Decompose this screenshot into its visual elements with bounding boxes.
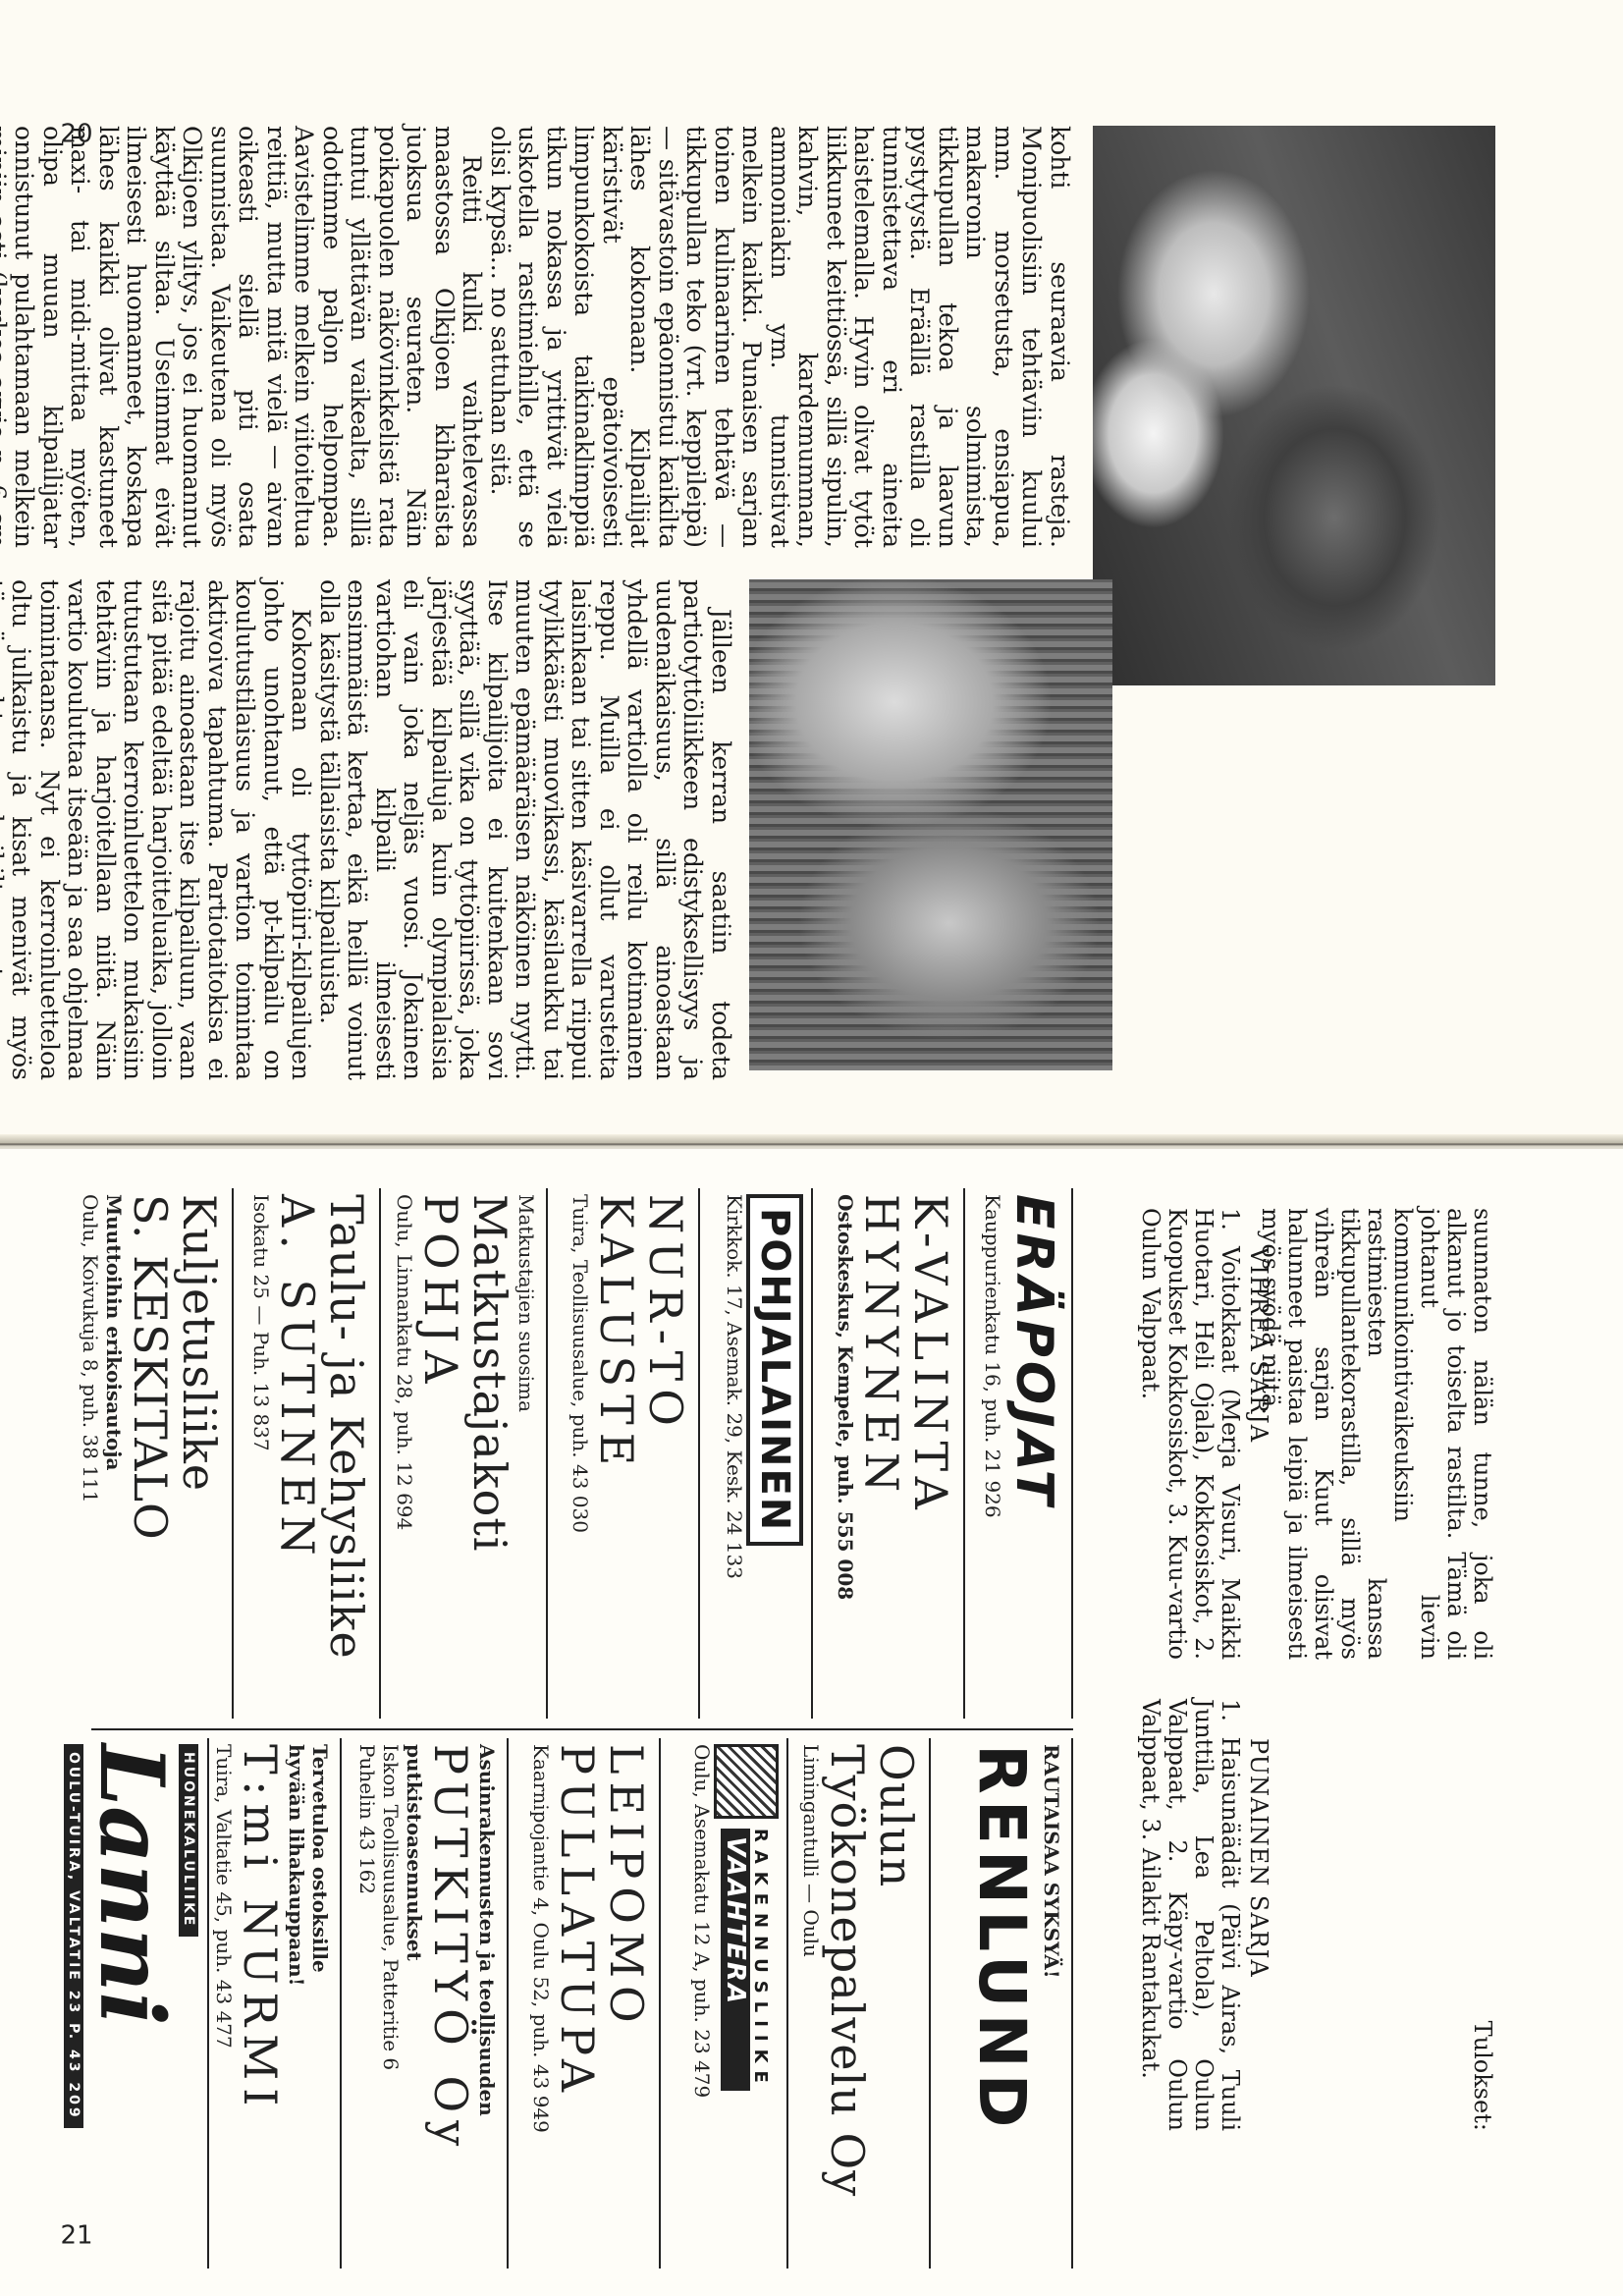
lanni-logo: Lanni (84, 1744, 179, 2263)
page-number-right: 21 (60, 2221, 92, 2251)
ad-nur-to: NUR-TO KALUSTE Tuira, Teollisuusalue, pu… (553, 1188, 700, 1719)
eraapojat-logo: ERÄPOJAT (1004, 1194, 1063, 1713)
ad-tyokonepalvelu: Oulun Työkonepalvelu Oy Limingantulli — … (793, 1738, 931, 2269)
renlund-logo: RENLUND (964, 1744, 1040, 2263)
building-icon (714, 1744, 779, 1819)
punainen-heading: PUNAINEN SARJA (1245, 1738, 1271, 2131)
paragraph: kohti seuraavia rasteja. Monipuolisiin t… (486, 126, 1074, 548)
punainen-results: 1. Haisunäädät (Päivi Airas, Tuuli Juntt… (1137, 1699, 1243, 2131)
ad-vaahtera: RAKENNUSLIIKE VAAHTERA Oulu, Asemakatu 1… (666, 1738, 788, 2269)
ads-column-left: ERÄPOJAT Kauppurienkatu 16, puh. 21 926 … (91, 1188, 1073, 1719)
ad-nurmi: Tervetuloa ostoksille hyvään lihakauppaa… (214, 1738, 342, 2269)
paragraph: Jälleen kerran saatiin todeta partiotytt… (315, 579, 735, 1080)
results-punainen: PUNAINEN SARJA 1. Haisunäädät (Päivi Air… (1137, 1699, 1289, 2131)
ad-sutinen: Taulu- ja Kehysliike A. SUTINEN Isokatu … (239, 1188, 381, 1719)
ad-keskitalo: Kuljetusliike S. KESKITALO Muuttoihin er… (86, 1188, 234, 1719)
results-label: Tulokset: (1469, 1699, 1495, 2131)
ad-putkityo: Asuinrakennusten ja teollisuuden PUTKITY… (347, 1738, 509, 2269)
ad-leipomo-pullatupa: LEIPOMO PULLATUPA Kaarnipojantie 4, Oulu… (514, 1738, 661, 2269)
paragraph: Reitti kulki vaihtelevassa maastossa Olk… (0, 126, 486, 548)
vihrea-heading: VIHREÄ SARJA (1245, 1247, 1271, 1660)
girls-with-backpacks-photo (749, 579, 1112, 1070)
results-block-left: suunnaton nälän tunne, joka oli alkanut … (1257, 1208, 1495, 1660)
page-number-left: 20 (60, 120, 92, 149)
ad-k-valinta: K-VALINTA HYNYNEN Ostoskeskus, Kempele, … (818, 1188, 965, 1719)
spread-landscape: kohti seuraavia rasteja. Monipuolisiin t… (0, 0, 1623, 2296)
page-20: kohti seuraavia rasteja. Monipuolisiin t… (0, 0, 1623, 1139)
ad-matkustajakoti: Matkustajien suosima Matkustajakoti POHJ… (386, 1188, 548, 1719)
page-21: suunnaton nälän tunne, joka oli alkanut … (0, 1149, 1623, 2296)
girls-at-campfire-photo (1093, 126, 1495, 685)
results-vihrea: VIHREÄ SARJA 1. Voitokkaat (Merja Visuri… (1137, 1208, 1289, 1660)
vihrea-results: 1. Voitokkaat (Merja Visuri, Maikki Huot… (1137, 1208, 1243, 1660)
pohjalainen-logo: POHJALAINEN (746, 1194, 803, 1546)
ad-divider (91, 1728, 1073, 1730)
article-continuation: suunnaton nälän tunne, joka oli alkanut … (1257, 1208, 1495, 1660)
article-column-2: Jälleen kerran saatiin todeta partiotytt… (0, 579, 734, 1080)
ad-renlund: RAUTAISAA SYKSYÄ! RENLUND (936, 1738, 1073, 2269)
results-block-right: Tulokset: (1469, 1699, 1495, 2131)
ad-eraapojat: ERÄPOJAT Kauppurienkatu 16, puh. 21 926 (970, 1188, 1073, 1719)
scanned-magazine-spread: kohti seuraavia rasteja. Monipuolisiin t… (0, 0, 1623, 2296)
article-column-1: kohti seuraavia rasteja. Monipuolisiin t… (0, 126, 1073, 548)
ad-lanni: HUONEKALULIIKE Lanni OULU-TUIRA, VALTATI… (72, 1738, 209, 2269)
ads-column-right: RAUTAISAA SYKSYÄ! RENLUND Oulun Työkonep… (91, 1738, 1073, 2269)
ad-pohjalainen: POHJALAINEN Kirkkok. 17, Asemak. 29, Kes… (705, 1188, 813, 1719)
paragraph: Kokonaan oli tyttöpiiri-kilpailujen joht… (0, 579, 315, 1080)
